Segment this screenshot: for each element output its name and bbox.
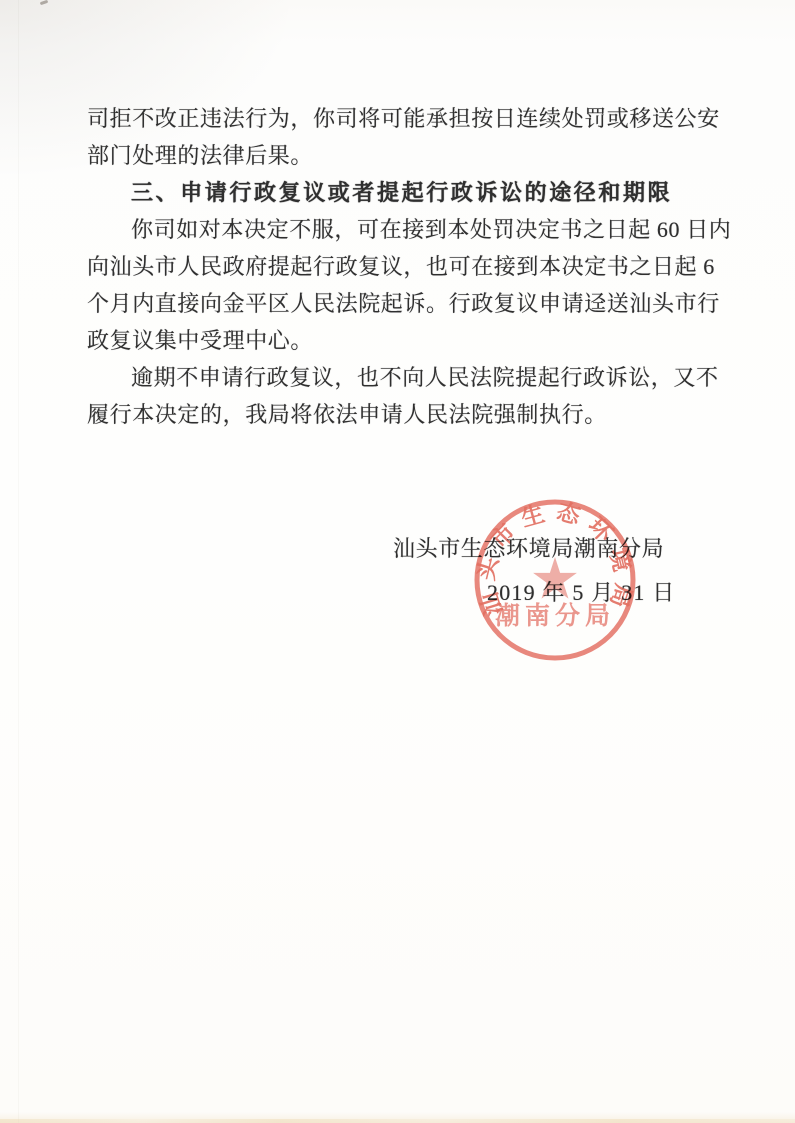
body-text-block: 司拒不改正违法行为，你司将可能承担按日连续处罚或移送公安 部门处理的法律后果。 … [87,100,735,433]
scan-bottom-artifact [0,1119,795,1123]
body-line: 履行本决定的，我局将依法申请人民法院强制执行。 [87,396,735,433]
body-line: 你司如对本决定不服，可在接到本处罚决定书之日起 60 日内 [87,211,735,248]
body-line: 个月内直接向金平区人民法院起诉。行政复议申请迳送汕头市行 [87,285,735,322]
body-line: 向汕头市人民政府提起行政复议，也可在接到本决定书之日起 6 [87,248,735,285]
scan-edge-line [18,0,19,1123]
body-line: 政复议集中受理中心。 [87,322,735,359]
body-line: 部门处理的法律后果。 [87,137,735,174]
scan-speck [40,0,49,5]
signature-agency: 汕头市生态环境局潮南分局 [393,530,664,567]
body-line: 司拒不改正违法行为，你司将可能承担按日连续处罚或移送公安 [87,100,735,137]
body-line: 逾期不申请行政复议，也不向人民法院提起行政诉讼，又不 [87,359,735,396]
section-heading: 三、申请行政复议或者提起行政诉讼的途径和期限 [87,174,735,211]
document-page: 司拒不改正违法行为，你司将可能承担按日连续处罚或移送公安 部门处理的法律后果。 … [0,0,795,1123]
signature-date: 2019 年 5 月 31 日 [487,574,676,611]
